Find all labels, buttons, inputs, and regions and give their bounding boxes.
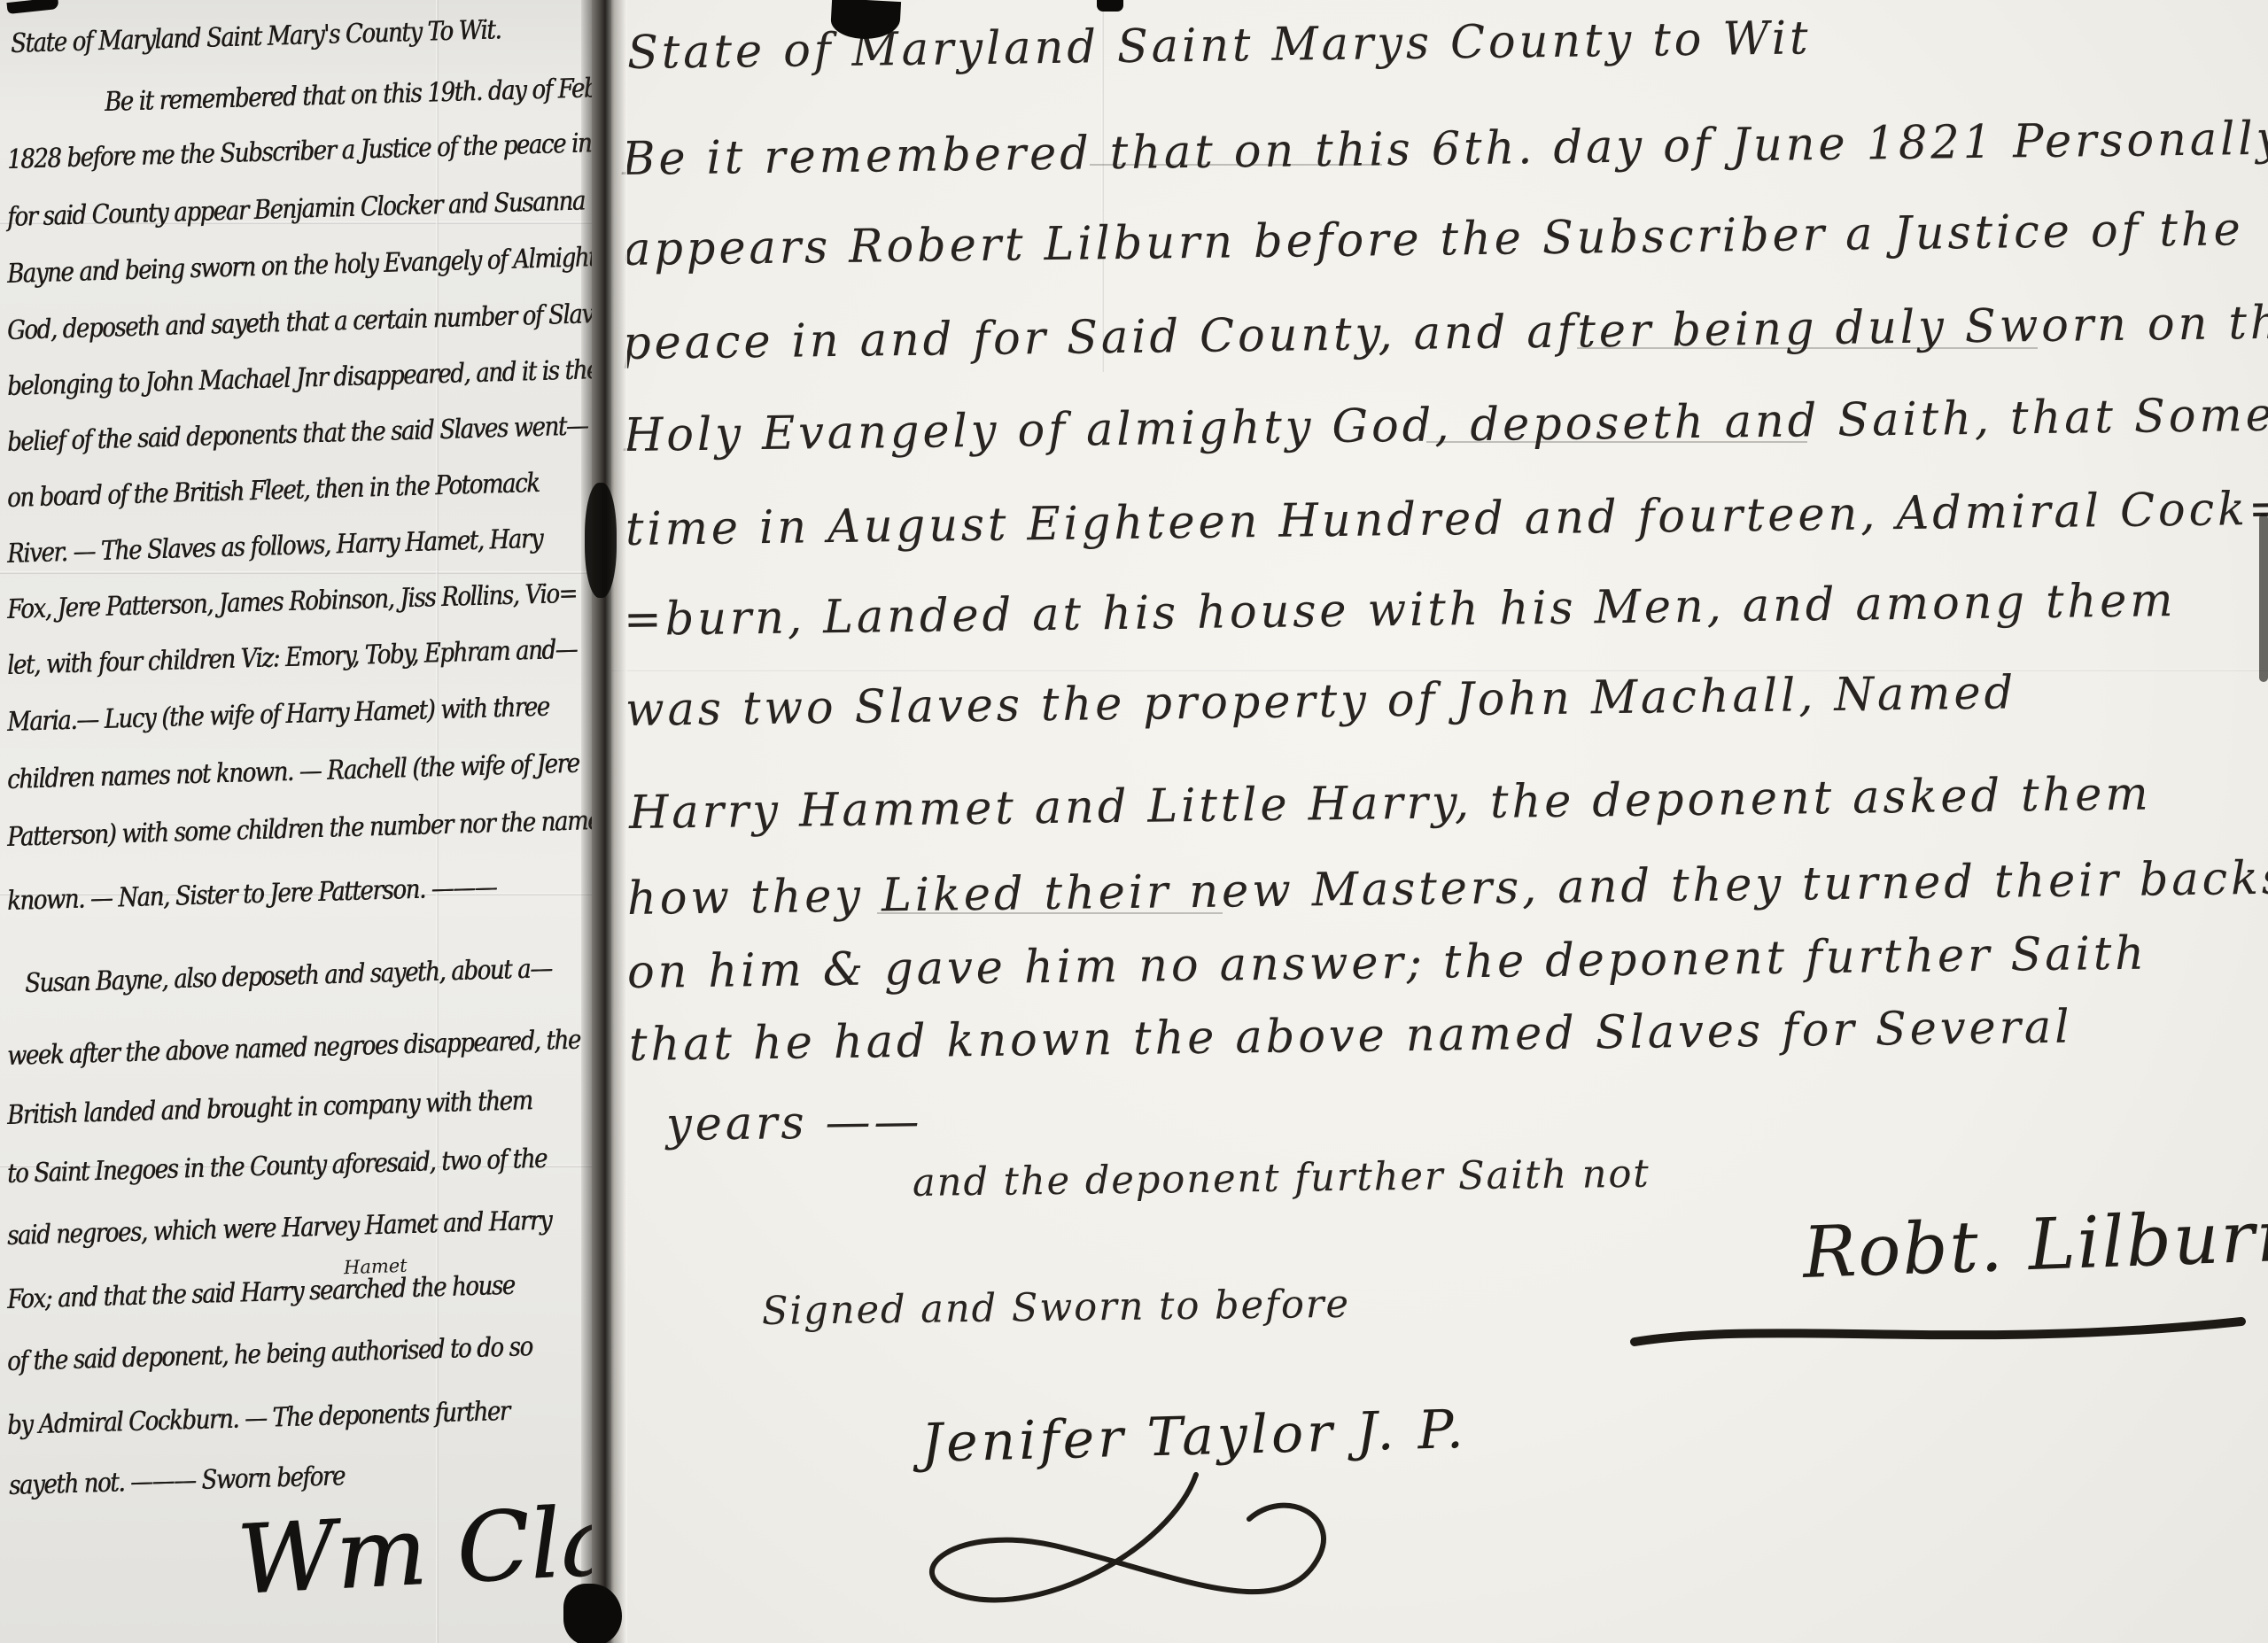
manuscript-line: belief of the said deponents that the sa… [7, 410, 588, 458]
closing-line: and the deponent further Saith not [913, 1151, 1651, 1205]
manuscript-line: 1828 before me the Subscriber a Justice … [7, 127, 592, 175]
manuscript-line: week after the above named negroes disap… [7, 1025, 581, 1072]
manuscript-line: by Admiral Cockburn. — The deponents fur… [7, 1396, 509, 1441]
manuscript-line: how they Liked their new Masters, and th… [627, 852, 2268, 926]
interline-insertion: Hamet [344, 1255, 408, 1278]
manuscript-line: River. — The Slaves as follows, Harry Ha… [7, 523, 543, 570]
manuscript-line: peace in and for Said County, and after … [622, 296, 2268, 370]
deposition-page-1828: State of Maryland Saint Mary's County To… [0, 0, 592, 1643]
manuscript-line: God, deposeth and sayeth that a certain … [7, 298, 592, 346]
manuscript-line: children names not known. — Rachell (the… [7, 748, 579, 795]
manuscript-line: Bayne and being sworn on the holy Evange… [7, 242, 592, 290]
signature-flourish [904, 1470, 1471, 1639]
manuscript-line: State of Maryland Saint Marys County to … [627, 12, 1812, 80]
ink-blot [585, 483, 617, 598]
manuscript-line: belonging to John Machael Jnr disappeare… [7, 354, 592, 402]
fold-crease [0, 571, 592, 574]
manuscript-line: Fox, Jere Patterson, James Robinson, Jis… [7, 578, 578, 625]
signature-flourish [1630, 1311, 2250, 1355]
manuscript-line: said negroes, which were Harvey Hamet an… [7, 1205, 552, 1252]
manuscript-line: Holy Evangely of almighty God, deposeth … [624, 389, 2268, 462]
manuscript-line: Harry Hammet and Little Harry, the depon… [629, 768, 2152, 840]
ink-blot [563, 1584, 622, 1643]
manuscript-line: =burn, Landed at his house with his Men,… [624, 574, 2177, 647]
manuscript-line: Patterson) with some children the number… [7, 805, 592, 853]
manuscript-line: State of Maryland Saint Mary's County To… [11, 14, 501, 59]
manuscript-line: sayeth not. ——— Sworn before [9, 1461, 346, 1501]
taylor-signature: Jenifer Taylor J. P. [920, 1399, 1467, 1475]
ink-blot [1097, 0, 1123, 12]
manuscript-line: British landed and brought in company wi… [7, 1085, 532, 1131]
manuscript-line: time in August Eighteen Hundred and four… [625, 483, 2268, 556]
manuscript-line: appears Robert Lilburn before the Subscr… [624, 203, 2244, 276]
manuscript-line: for said County appear Benjamin Clocker … [7, 185, 586, 233]
ink-blot [2259, 514, 2268, 682]
manuscript-line: let, with four children Viz: Emory, Toby… [7, 634, 578, 681]
page-gutter [581, 0, 627, 1643]
fold-crease [611, 669, 2268, 671]
manuscript-line: on board of the British Fleet, then in t… [7, 468, 540, 514]
lilburn-signature: Robt. Lilburn [1801, 1194, 2268, 1294]
manuscript-line: was two Slaves the property of John Mach… [625, 666, 2017, 737]
manuscript-line: Fox; and that the said Harry searched th… [7, 1270, 515, 1315]
manuscript-line: Maria.— Lucy (the wife of Harry Hamet) w… [7, 692, 549, 738]
manuscript-line: years —— [666, 1095, 923, 1151]
manuscript-line: to Saint Inegoes in the County aforesaid… [7, 1143, 548, 1190]
manuscript-line: Be it remembered that on this 19th. day … [105, 71, 592, 118]
clark-signature: Wm Clark [235, 1480, 592, 1616]
manuscript-line: Susan Bayne, also deposeth and sayeth, a… [25, 953, 552, 999]
attestation-line: Signed and Sworn to before [762, 1282, 1351, 1334]
manuscript-line: that he had known the above named Slaves… [629, 1001, 2073, 1072]
manuscript-line: Be it remembered that on this 6th. day o… [622, 112, 2268, 186]
manuscript-line: known. — Nan, Sister to Jere Patterson. … [7, 872, 497, 917]
deposition-page-1821: State of Maryland Saint Marys County to … [611, 0, 2268, 1643]
manuscript-line: of the said deponent, he being authorise… [7, 1331, 532, 1377]
manuscript-line: on him & gave him no answer; the deponen… [627, 927, 2148, 999]
manuscript-scan: State of Maryland Saint Mary's County To… [0, 0, 2268, 1643]
